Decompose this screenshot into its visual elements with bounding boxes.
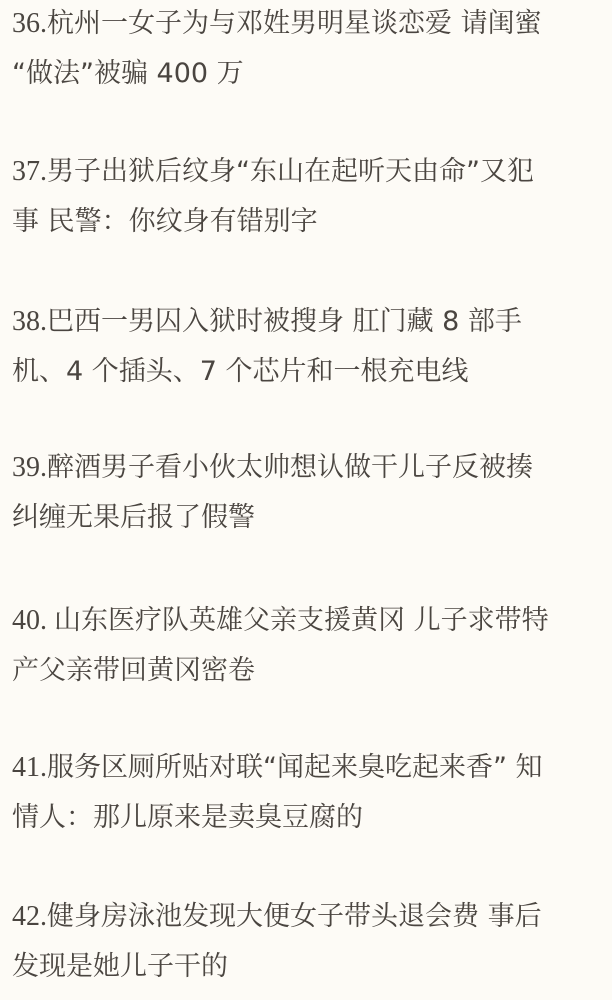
list-item: 42.健身房泳池发现大便女子带头退会费 事后 发现是她儿子干的 [12, 892, 607, 992]
item-number: 41. [12, 752, 47, 783]
item-number: 40. [12, 605, 54, 636]
item-line-1: 41.服务区厕所贴对联“闻起来臭吃起来香” 知 [12, 743, 607, 793]
item-text: 杭州一女子为与邓姓男明星谈恋爱 请闺蜜 [47, 8, 542, 39]
item-text: 山东医疗队英雄父亲支援黄冈 儿子求带特 [54, 605, 549, 636]
item-text: 男子出狱后纹身“东山在起听天由命”又犯 [47, 156, 534, 187]
item-line-1: 39.醉酒男子看小伙太帅想认做干儿子反被揍 [12, 443, 607, 493]
item-text: 醉酒男子看小伙太帅想认做干儿子反被揍 [47, 452, 533, 483]
list-item: 36.杭州一女子为与邓姓男明星谈恋爱 请闺蜜 “做法”被骗 400 万 [12, 0, 607, 99]
item-line-2: “做法”被骗 400 万 [12, 49, 607, 99]
list-item: 39.醉酒男子看小伙太帅想认做干儿子反被揍 纠缠无果后报了假警 [12, 443, 607, 543]
item-number: 39. [12, 452, 47, 483]
item-line-2: 机、4 个插头、7 个芯片和一根充电线 [12, 347, 607, 397]
list-item: 37.男子出狱后纹身“东山在起听天由命”又犯 事 民警：你纹身有错别字 [12, 147, 607, 247]
list-item: 40. 山东医疗队英雄父亲支援黄冈 儿子求带特 产父亲带回黄冈密卷 [12, 596, 607, 696]
item-line-2: 情人：那儿原来是卖臭豆腐的 [12, 793, 607, 843]
item-line-1: 42.健身房泳池发现大便女子带头退会费 事后 [12, 892, 607, 942]
item-line-2: 发现是她儿子干的 [12, 942, 607, 992]
item-text: 服务区厕所贴对联“闻起来臭吃起来香” 知 [47, 752, 543, 783]
list-item: 41.服务区厕所贴对联“闻起来臭吃起来香” 知 情人：那儿原来是卖臭豆腐的 [12, 743, 607, 843]
item-line-2: 产父亲带回黄冈密卷 [12, 646, 607, 696]
item-number: 37. [12, 156, 47, 187]
item-number: 42. [12, 901, 47, 932]
item-line-2: 事 民警：你纹身有错别字 [12, 197, 607, 247]
news-list: 36.杭州一女子为与邓姓男明星谈恋爱 请闺蜜 “做法”被骗 400 万 37.男… [0, 0, 612, 1000]
item-line-1: 37.男子出狱后纹身“东山在起听天由命”又犯 [12, 147, 607, 197]
item-number: 36. [12, 8, 47, 39]
item-line-1: 36.杭州一女子为与邓姓男明星谈恋爱 请闺蜜 [12, 0, 607, 49]
item-line-1: 40. 山东医疗队英雄父亲支援黄冈 儿子求带特 [12, 596, 607, 646]
item-text: 巴西一男囚入狱时被搜身 肛门藏 8 部手 [47, 306, 522, 337]
item-text: 健身房泳池发现大便女子带头退会费 事后 [47, 901, 542, 932]
list-item: 38.巴西一男囚入狱时被搜身 肛门藏 8 部手 机、4 个插头、7 个芯片和一根… [12, 297, 607, 397]
item-line-2: 纠缠无果后报了假警 [12, 493, 607, 543]
item-line-1: 38.巴西一男囚入狱时被搜身 肛门藏 8 部手 [12, 297, 607, 347]
item-number: 38. [12, 306, 47, 337]
